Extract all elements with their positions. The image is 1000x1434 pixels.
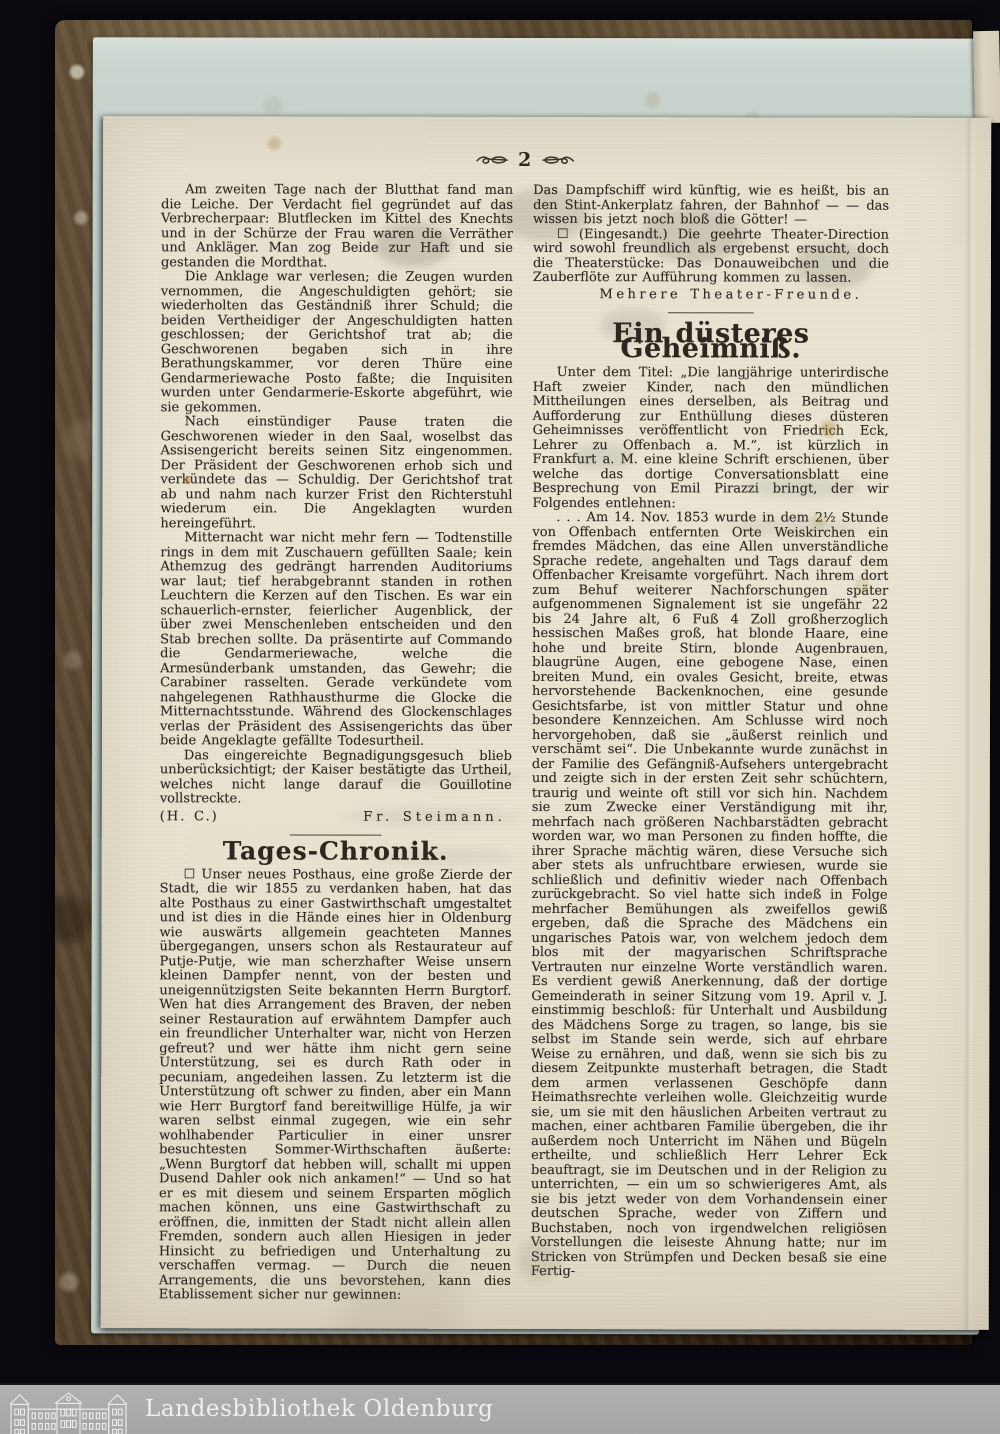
article-paragraph: Nach einstündiger Pause traten die Gesch… [160,415,512,532]
page-content: 2 Am zweiten Tage nach der Blutthat fand… [101,116,991,1304]
chronik-paragraph: ☐ Unser neues Posthaus, eine große Zierd… [159,868,512,1304]
library-footer-bar: Landesbibliothek Oldenburg [0,1383,1000,1434]
library-name: Landesbibliothek Oldenburg [145,1396,493,1422]
library-building-icon [8,1390,129,1434]
article-paragraph: Das eingereichte Begnadigungsgesuch blie… [160,749,512,808]
byline-author: Fr. Steimann. [363,810,506,825]
section-divider-rule [668,312,754,313]
article-paragraph: Die Anklage war verlesen; die Zeugen wur… [161,270,513,416]
article-paragraph: Am zweiten Tage nach der Blutthat fand m… [161,183,513,271]
text-columns: Am zweiten Tage nach der Blutthat fand m… [159,183,889,1304]
theater-paragraph: ☐ (Eingesandt.) Die geehrte Theater-Dire… [533,227,889,286]
article-paragraph: Mitternacht war nicht mehr fern — Todten… [160,531,512,749]
page-header: 2 [161,146,889,174]
scroll-flourish-right-icon [541,154,575,166]
adjacent-page-corner [973,31,1000,124]
article-byline: (H. C.) Fr. Steimann. [160,810,512,825]
right-column: Das Dampfschiff wird künftig, wie es hei… [531,184,889,1304]
geheimniss-paragraph: . . . Am 14. Nov. 1853 wurde in dem 2½ S… [531,511,889,1280]
section-divider-rule [290,834,382,835]
book-scan-scene: 2 Am zweiten Tage nach der Blutthat fand… [0,0,1000,1434]
byline-initials: (H. C.) [160,810,219,825]
section-title-tages-chronik: Tages-Chronik. [160,844,512,859]
section-title-geheimniss: Ein düsteres Geheimniß. [533,327,889,357]
left-column: Am zweiten Tage nach der Blutthat fand m… [159,183,513,1303]
geheimniss-paragraph: Unter dem Titel: „Die langjährige unteri… [532,366,888,512]
theater-signature: Mehrere Theater-Freunde. [533,287,889,302]
page-number: 2 [518,149,532,171]
newspaper-page: 2 Am zweiten Tage nach der Blutthat fand… [101,116,992,1330]
scroll-flourish-left-icon [475,154,509,166]
steamship-paragraph: Das Dampfschiff wird künftig, wie es hei… [533,184,889,228]
